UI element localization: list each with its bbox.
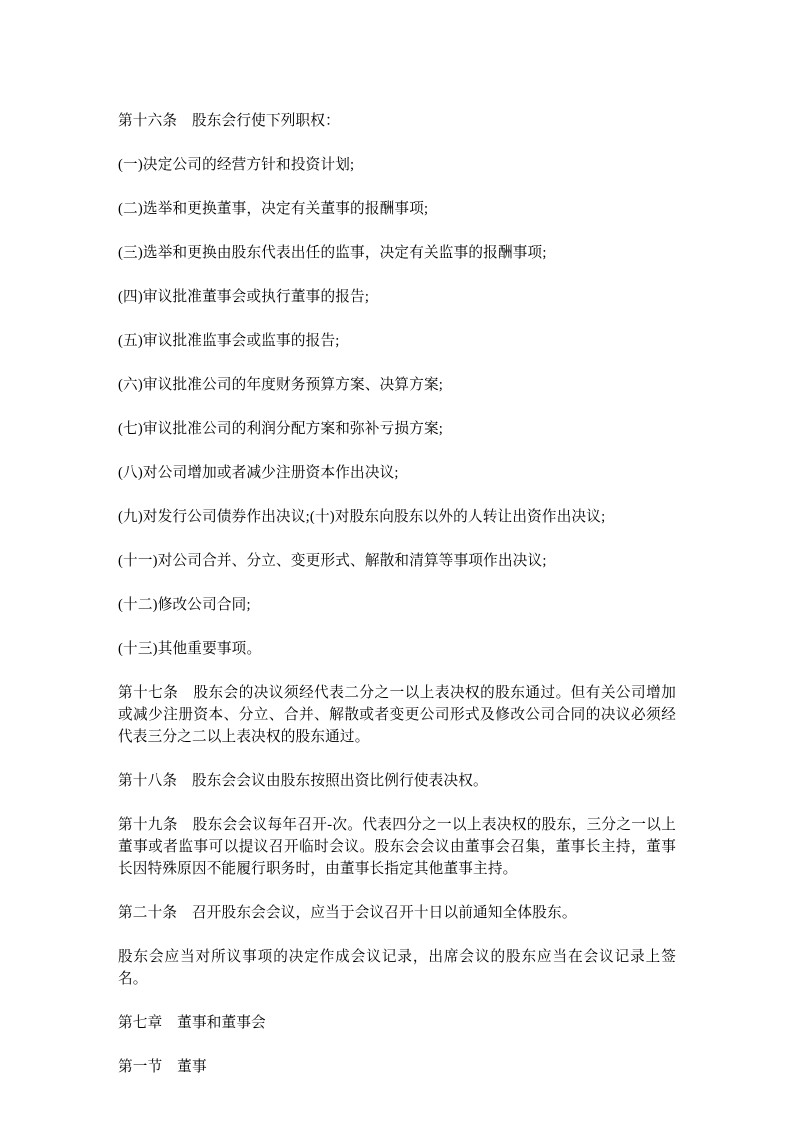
document-body: 第十六条 股东会行使下列职权： (一)决定公司的经营方针和投资计划; (二)选举… bbox=[118, 110, 676, 1100]
paragraph-article-19: 第十九条 股东会会议每年召开-次。代表四分之一以上表决权的股东，三分之一以上董事… bbox=[118, 814, 676, 880]
paragraph-clause-2: (二)选举和更换董事，决定有关董事的报酬事项; bbox=[118, 198, 676, 220]
paragraph-clause-1: (一)决定公司的经营方针和投资计划; bbox=[118, 154, 676, 176]
paragraph-clause-4: (四)审议批准董事会或执行董事的报告; bbox=[118, 286, 676, 308]
paragraph-clause-11: (十一)对公司合并、分立、变更形式、解散和清算等事项作出决议; bbox=[118, 550, 676, 572]
paragraph-clause-13: (十三)其他重要事项。 bbox=[118, 638, 676, 660]
paragraph-clause-12: (十二)修改公司合同; bbox=[118, 594, 676, 616]
paragraph-meeting-minutes: 股东会应当对所议事项的决定作成会议记录，出席会议的股东应当在会议记录上签名。 bbox=[118, 946, 676, 990]
paragraph-clause-9-10: (九)对发行公司债券作出决议;(十)对股东向股东以外的人转让出资作出决议; bbox=[118, 506, 676, 528]
section-1-heading: 第一节 董事 bbox=[118, 1056, 676, 1078]
paragraph-clause-5: (五)审议批准监事会或监事的报告; bbox=[118, 330, 676, 352]
chapter-7-heading: 第七章 董事和董事会 bbox=[118, 1012, 676, 1034]
paragraph-clause-8: (八)对公司增加或者减少注册资本作出决议; bbox=[118, 462, 676, 484]
paragraph-clause-6: (六)审议批准公司的年度财务预算方案、决算方案; bbox=[118, 374, 676, 396]
paragraph-clause-7: (七)审议批准公司的利润分配方案和弥补亏损方案; bbox=[118, 418, 676, 440]
paragraph-clause-3: (三)选举和更换由股东代表出任的监事，决定有关监事的报酬事项; bbox=[118, 242, 676, 264]
paragraph-article-18: 第十八条 股东会会议由股东按照出资比例行使表决权。 bbox=[118, 770, 676, 792]
paragraph-article-20: 第二十条 召开股东会会议，应当于会议召开十日以前通知全体股东。 bbox=[118, 902, 676, 924]
paragraph-article-17: 第十七条 股东会的决议须经代表二分之一以上表决权的股东通过。但有关公司增加或减少… bbox=[118, 682, 676, 748]
paragraph-article-16-heading: 第十六条 股东会行使下列职权： bbox=[118, 110, 676, 132]
document-page: 第十六条 股东会行使下列职权： (一)决定公司的经营方针和投资计划; (二)选举… bbox=[0, 0, 794, 1123]
